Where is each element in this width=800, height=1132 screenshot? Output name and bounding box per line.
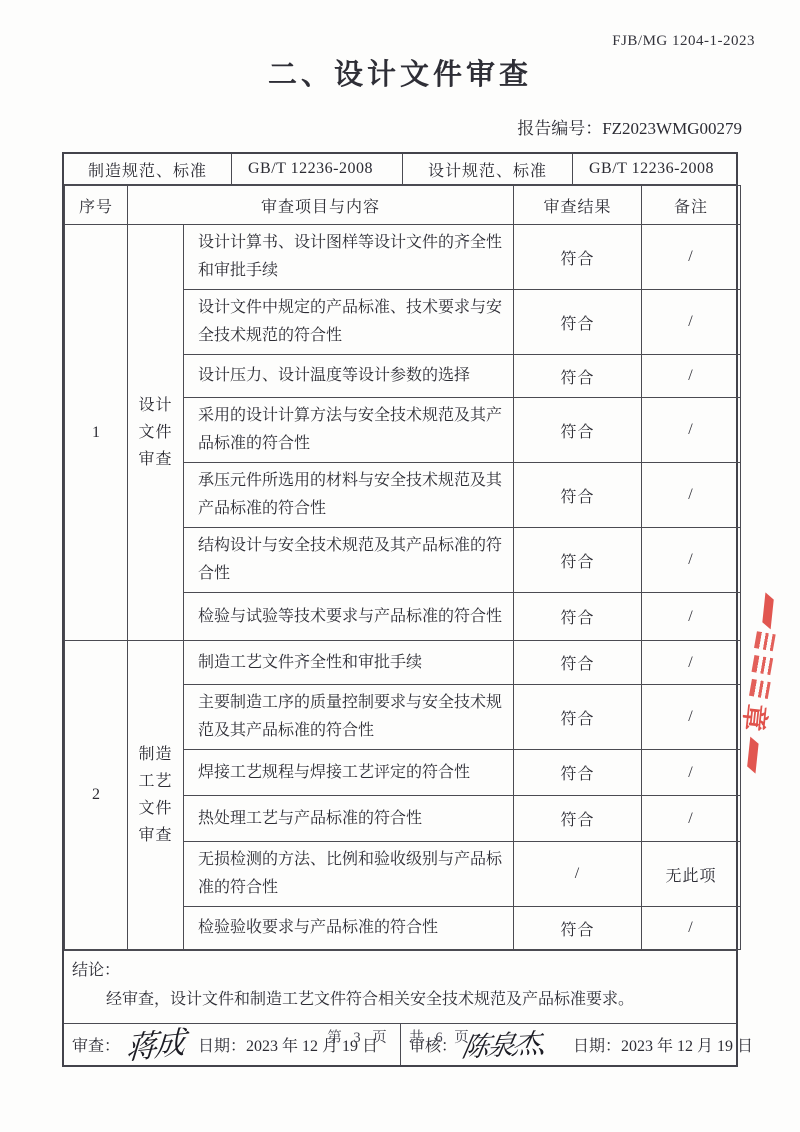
report-number-label: 报告编号： <box>517 119 602 138</box>
review-item: 制造工艺文件齐全性和审批手续 <box>184 641 514 685</box>
table-header-row: 序号 审查项目与内容 审查结果 备注 <box>65 186 741 225</box>
review-result: 符合 <box>514 528 642 593</box>
report-number-value: FZ2023WMG00279 <box>602 119 742 138</box>
review-result: 符合 <box>514 290 642 355</box>
review-remark: / <box>642 290 741 355</box>
review-item: 主要制造工序的质量控制要求与安全技术规范及其产品标准的符合性 <box>184 685 514 750</box>
review-item: 检验与试验等技术要求与产品标准的符合性 <box>184 593 514 641</box>
review-item: 采用的设计计算方法与安全技术规范及其产品标准的符合性 <box>184 398 514 463</box>
document-page: FJB/MG 1204-1-2023 二、设计文件审查 报告编号：FZ2023W… <box>0 0 800 1132</box>
header-item: 审查项目与内容 <box>128 186 514 225</box>
header-remark: 备注 <box>642 186 741 225</box>
review-remark: / <box>642 750 741 796</box>
review-remark: / <box>642 463 741 528</box>
review-remark: / <box>642 685 741 750</box>
review-result: 符合 <box>514 463 642 528</box>
stamp-glyph-blur <box>752 655 774 675</box>
stamp-stroke <box>762 592 773 629</box>
stamp-stroke <box>747 737 758 774</box>
red-stamp: 章 <box>745 596 800 796</box>
review-result: 符合 <box>514 685 642 750</box>
review-remark: / <box>642 355 741 398</box>
review-result: 符合 <box>514 355 642 398</box>
stamp-glyph-blur <box>754 631 776 651</box>
table-row: 1 设计文件审查 设计计算书、设计图样等设计文件的齐全性和审批手续 符合 / <box>65 225 741 290</box>
review-remark: / <box>642 225 741 290</box>
review-items-table: 序号 审查项目与内容 审查结果 备注 1 设计文件审查 设计计算书、设计图样等设… <box>64 185 741 950</box>
section-category: 制造工艺文件审查 <box>128 641 184 950</box>
review-result: 符合 <box>514 641 642 685</box>
page-title: 二、设计文件审查 <box>0 52 800 93</box>
review-result: 符合 <box>514 907 642 950</box>
review-remark: / <box>642 641 741 685</box>
review-remark: / <box>642 796 741 842</box>
review-result: 符合 <box>514 750 642 796</box>
review-table: 制造规范、标准 GB/T 12236-2008 设计规范、标准 GB/T 122… <box>62 152 738 1067</box>
review-result: 符合 <box>514 593 642 641</box>
review-remark: / <box>642 907 741 950</box>
manufacture-standard-label: 制造规范、标准 <box>64 154 232 184</box>
review-item: 承压元件所选用的材料与安全技术规范及其产品标准的符合性 <box>184 463 514 528</box>
review-item: 结构设计与安全技术规范及其产品标准的符合性 <box>184 528 514 593</box>
standards-row: 制造规范、标准 GB/T 12236-2008 设计规范、标准 GB/T 122… <box>64 154 736 185</box>
review-remark: / <box>642 398 741 463</box>
stamp-glyph: 章 <box>736 702 778 735</box>
review-result: 符合 <box>514 225 642 290</box>
review-remark: / <box>642 593 741 641</box>
header-result: 审查结果 <box>514 186 642 225</box>
review-item: 设计压力、设计温度等设计参数的选择 <box>184 355 514 398</box>
manufacture-standard-value: GB/T 12236-2008 <box>232 154 403 184</box>
stamp-glyph-blur <box>749 679 771 699</box>
section-category: 设计文件审查 <box>128 225 184 641</box>
report-number: 报告编号：FZ2023WMG00279 <box>517 114 742 139</box>
review-item: 设计计算书、设计图样等设计文件的齐全性和审批手续 <box>184 225 514 290</box>
section-number: 2 <box>65 641 128 950</box>
header-no: 序号 <box>65 186 128 225</box>
conclusion-section: 结论： 经审查，设计文件和制造工艺文件符合相关安全技术规范及产品标准要求。 <box>64 950 736 1023</box>
review-result: 符合 <box>514 398 642 463</box>
review-item: 检验验收要求与产品标准的符合性 <box>184 907 514 950</box>
review-remark: / <box>642 528 741 593</box>
conclusion-text: 经审查，设计文件和制造工艺文件符合相关安全技术规范及产品标准要求。 <box>72 985 728 1014</box>
review-result: / <box>514 842 642 907</box>
review-result: 符合 <box>514 796 642 842</box>
conclusion-label: 结论： <box>72 956 728 985</box>
design-standard-label: 设计规范、标准 <box>403 154 573 184</box>
section-number: 1 <box>65 225 128 641</box>
page-footer: 第 3 页 共 6 页 <box>0 1026 800 1047</box>
review-item: 无损检测的方法、比例和验收级别与产品标准的符合性 <box>184 842 514 907</box>
review-item: 设计文件中规定的产品标准、技术要求与安全技术规范的符合性 <box>184 290 514 355</box>
review-item: 热处理工艺与产品标准的符合性 <box>184 796 514 842</box>
review-item: 焊接工艺规程与焊接工艺评定的符合性 <box>184 750 514 796</box>
review-remark: 无此项 <box>642 842 741 907</box>
table-row: 2 制造工艺文件审查 制造工艺文件齐全性和审批手续 符合 / <box>65 641 741 685</box>
design-standard-value: GB/T 12236-2008 <box>573 154 736 184</box>
doc-code: FJB/MG 1204-1-2023 <box>612 33 755 50</box>
